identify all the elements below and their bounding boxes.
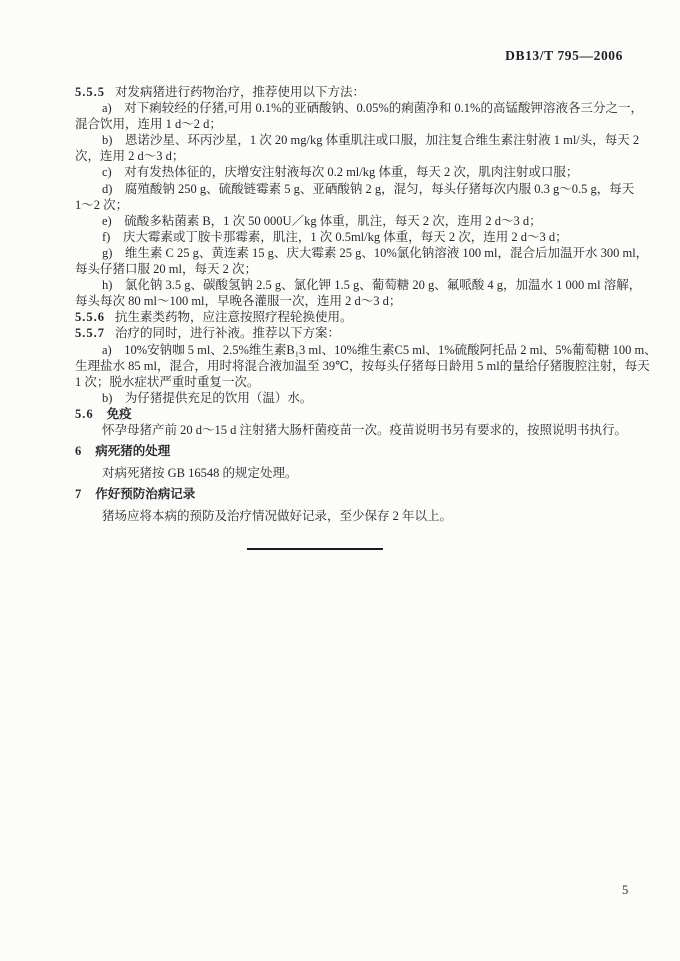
- clause-5-6-heading: 5.6免疫: [75, 406, 627, 422]
- line-text: g) 维生素 C 25 g、黄连素 15 g、庆大霉素 25 g、10%氯化钠溶…: [102, 246, 648, 260]
- line-text: 对病死猪按 GB 16548 的规定处理。: [102, 466, 298, 480]
- line-text: 次，连用 2 d～3 d；: [75, 149, 184, 163]
- list-item-a2-cont2: 1 次；脱水症状严重时重复一次。: [75, 374, 627, 390]
- list-item-e: e) 硫酸多粘菌素 B，1 次 50 000U／kg 体重，肌注，每天 2 次，…: [75, 213, 627, 229]
- heading-text: 病死猪的处理: [95, 444, 170, 458]
- section-6-paragraph: 对病死猪按 GB 16548 的规定处理。: [75, 465, 627, 481]
- line-text: b) 恩诺沙星、环丙沙星，1 次 20 mg/kg 体重肌注或口服，加注复合维生…: [102, 133, 639, 147]
- list-item-a2: a) 10%安钠咖 5 ml、2.5%维生素B₁3 ml、10%维生素C5 ml…: [75, 342, 627, 358]
- document-body: 5.5.5对发病猪进行药物治疗，推荐使用以下方法： a) 对下痢较经的仔猪,可用…: [75, 84, 627, 550]
- section-7-paragraph: 猪场应将本病的预防及治疗情况做好记录，至少保存 2 年以上。: [75, 508, 627, 524]
- list-item-g-cont: 每头仔猪口服 20 ml，每天 2 次；: [75, 261, 627, 277]
- list-item-f: f) 庆大霉素或丁胺卡那霉素，肌注，1 次 0.5ml/kg 体重，每天 2 次…: [75, 229, 627, 245]
- section-number: 7: [75, 487, 82, 501]
- clause-5-5-7: 5.5.7治疗的同时，进行补液。推荐以下方案：: [75, 325, 627, 341]
- standard-number-header: DB13/T 795—2006: [505, 48, 623, 64]
- line-text: f) 庆大霉素或丁胺卡那霉素，肌注，1 次 0.5ml/kg 体重，每天 2 次…: [102, 230, 568, 244]
- list-item-b2: b) 为仔猪提供充足的饮用（温）水。: [75, 390, 627, 406]
- clause-5-5-5: 5.5.5对发病猪进行药物治疗，推荐使用以下方法：: [75, 84, 627, 100]
- line-text: 1～2 次；: [75, 198, 128, 212]
- line-text: a) 对下痢较经的仔猪,可用 0.1%的亚硒酸钠、0.05%的痢菌净和 0.1%…: [102, 101, 643, 115]
- line-text: c) 对有发热体征的，庆增安注射液每次 0.2 ml/kg 体重，每天 2 次，…: [102, 165, 578, 179]
- list-item-h-cont: 每头每次 80 ml～100 ml，早晚各灌服一次，连用 2 d～3 d；: [75, 293, 627, 309]
- list-item-d-cont: 1～2 次；: [75, 197, 627, 213]
- clause-5-5-6: 5.5.6抗生素类药物，应注意按照疗程轮换使用。: [75, 309, 627, 325]
- section-number: 6: [75, 444, 82, 458]
- list-item-a2-cont: 生理盐水 85 ml，混合，用时将混合液加温至 39℃，按每头仔猪每日龄用 5 …: [75, 358, 627, 374]
- list-item-d: d) 腐殖酸钠 250 g、硫酸链霉素 5 g、亚硒酸钠 2 g，混匀，每头仔猪…: [75, 181, 627, 197]
- line-text: b) 为仔猪提供充足的饮用（温）水。: [102, 391, 312, 405]
- line-text: 混合饮用，连用 1 d～2 d；: [75, 117, 222, 131]
- heading-text: 作好预防治病记录: [95, 487, 195, 501]
- end-of-text-divider: [247, 548, 383, 550]
- line-text: 治疗的同时，进行补液。推荐以下方案：: [115, 326, 340, 340]
- heading-text: 免疫: [107, 407, 132, 421]
- line-text: 每头每次 80 ml～100 ml，早晚各灌服一次，连用 2 d～3 d；: [75, 294, 401, 308]
- line-text: 抗生素类药物，应注意按照疗程轮换使用。: [115, 310, 353, 324]
- line-text: 每头仔猪口服 20 ml，每天 2 次；: [75, 262, 257, 276]
- line-text: h) 氯化钠 3.5 g、碳酸氢钠 2.5 g、氯化钾 1.5 g、葡萄糖 20…: [102, 278, 641, 292]
- line-text: a) 10%安钠咖 5 ml、2.5%维生素B₁3 ml、10%维生素C5 ml…: [102, 343, 657, 357]
- page-number: 5: [622, 883, 628, 898]
- line-text: e) 硫酸多粘菌素 B，1 次 50 000U／kg 体重，肌注，每天 2 次，…: [102, 214, 542, 228]
- line-text: 怀孕母猪产前 20 d～15 d 注射猪大肠杆菌疫苗一次。疫苗说明书另有要求的，…: [102, 423, 627, 437]
- list-item-b-cont: 次，连用 2 d～3 d；: [75, 148, 627, 164]
- clause-5-6-paragraph: 怀孕母猪产前 20 d～15 d 注射猪大肠杆菌疫苗一次。疫苗说明书另有要求的，…: [75, 422, 627, 438]
- line-text: d) 腐殖酸钠 250 g、硫酸链霉素 5 g、亚硒酸钠 2 g，混匀，每头仔猪…: [102, 182, 634, 196]
- line-text: 1 次；脱水症状严重时重复一次。: [75, 375, 259, 389]
- list-item-g: g) 维生素 C 25 g、黄连素 15 g、庆大霉素 25 g、10%氯化钠溶…: [75, 245, 627, 261]
- line-text: 猪场应将本病的预防及治疗情况做好记录，至少保存 2 年以上。: [102, 509, 452, 523]
- section-7-heading: 7作好预防治病记录: [75, 486, 627, 502]
- section-number: 5.6: [75, 407, 94, 421]
- section-number: 5.5.6: [75, 310, 105, 324]
- section-6-heading: 6病死猪的处理: [75, 443, 627, 459]
- list-item-a: a) 对下痢较经的仔猪,可用 0.1%的亚硒酸钠、0.05%的痢菌净和 0.1%…: [75, 100, 627, 116]
- list-item-c: c) 对有发热体征的，庆增安注射液每次 0.2 ml/kg 体重，每天 2 次，…: [75, 164, 627, 180]
- line-text: 生理盐水 85 ml，混合，用时将混合液加温至 39℃，按每头仔猪每日龄用 5 …: [75, 359, 650, 373]
- list-item-a-cont: 混合饮用，连用 1 d～2 d；: [75, 116, 627, 132]
- line-text: 对发病猪进行药物治疗，推荐使用以下方法：: [115, 85, 365, 99]
- list-item-h: h) 氯化钠 3.5 g、碳酸氢钠 2.5 g、氯化钾 1.5 g、葡萄糖 20…: [75, 277, 627, 293]
- section-number: 5.5.5: [75, 85, 105, 99]
- section-number: 5.5.7: [75, 326, 105, 340]
- scanned-document-page: DB13/T 795—2006 5.5.5对发病猪进行药物治疗，推荐使用以下方法…: [0, 0, 680, 961]
- list-item-b: b) 恩诺沙星、环丙沙星，1 次 20 mg/kg 体重肌注或口服，加注复合维生…: [75, 132, 627, 148]
